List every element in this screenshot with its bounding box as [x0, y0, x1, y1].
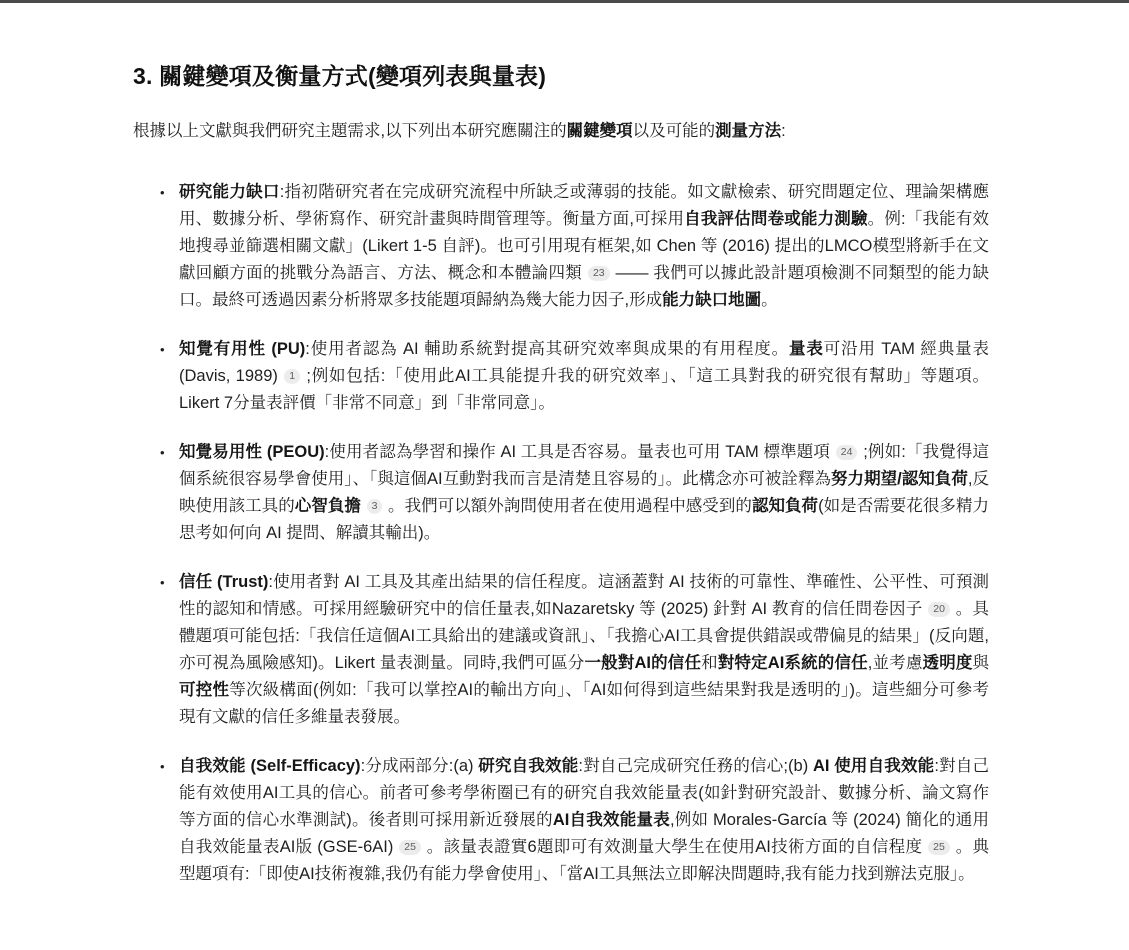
variable-item-trust: 信任 (Trust):使用者對 AI 工具及其產出結果的信任程度。這涵蓋對 AI… — [133, 569, 989, 731]
emphasis-text: AI 使用自我效能 — [813, 757, 934, 775]
emphasis-text: 認知負荷 — [752, 497, 818, 515]
citation-badge[interactable]: 24 — [836, 445, 858, 460]
body-text: 和 — [701, 654, 718, 672]
citation-badge[interactable]: 25 — [399, 840, 421, 855]
citation-badge[interactable]: 23 — [588, 266, 610, 281]
emphasis-text: 對特定AI系統的信任 — [718, 654, 868, 672]
emphasis-text: 測量方法 — [715, 122, 781, 140]
body-text: 。該量表證實6題即可有效測量大學生在使用AI技術方面的自信程度 — [422, 838, 927, 856]
emphasis-text: 研究自我效能 — [478, 757, 578, 775]
body-text: ;例如包括:「使用此AI工具能提升我的研究效率」、「這工具對我的研究很有幫助」等… — [179, 367, 989, 412]
document-content: 3. 關鍵變項及衡量方式(變項列表與量表) 根據以上文獻與我們研究主題需求,以下… — [133, 0, 989, 888]
emphasis-text: 一般對AI的信任 — [584, 654, 701, 672]
emphasis-text: 研究能力缺口 — [179, 183, 280, 201]
emphasis-text: 努力期望/認知負荷 — [831, 470, 968, 488]
emphasis-text: 知覺易用性 (PEOU) — [179, 443, 325, 461]
emphasis-text: AI自我效能量表 — [553, 811, 670, 829]
citation-badge[interactable]: 3 — [367, 499, 383, 514]
body-text: :分成兩部分:(a) — [361, 757, 479, 775]
emphasis-text: 關鍵變項 — [567, 122, 633, 140]
emphasis-text: 可控性 — [179, 681, 229, 699]
variable-item-perceived-ease-of-use: 知覺易用性 (PEOU):使用者認為學習和操作 AI 工具是否容易。量表也可用 … — [133, 439, 989, 547]
variable-list: 研究能力缺口:指初階研究者在完成研究流程中所缺乏或薄弱的技能。如文獻檢索、研究問… — [133, 179, 989, 888]
citation-badge[interactable]: 25 — [928, 840, 950, 855]
emphasis-text: 透明度 — [923, 654, 973, 672]
body-text: : — [781, 122, 786, 140]
body-text: 以及可能的 — [633, 122, 716, 140]
variable-item-research-skill-gap: 研究能力缺口:指初階研究者在完成研究流程中所缺乏或薄弱的技能。如文獻檢索、研究問… — [133, 179, 989, 314]
variable-item-self-efficacy: 自我效能 (Self-Efficacy):分成兩部分:(a) 研究自我效能:對自… — [133, 753, 989, 888]
body-text — [361, 497, 366, 515]
emphasis-text: 信任 (Trust) — [179, 573, 268, 591]
emphasis-text: 量表 — [789, 340, 824, 358]
intro-paragraph: 根據以上文獻與我們研究主題需求,以下列出本研究應關注的關鍵變項以及可能的測量方法… — [133, 118, 989, 145]
emphasis-text: 心智負擔 — [295, 497, 361, 515]
body-text: 。我們可以額外詢問使用者在使用過程中感受到的 — [383, 497, 752, 515]
emphasis-text: 知覺有用性 (PU) — [179, 340, 305, 358]
body-text: 。 — [761, 291, 778, 309]
citation-badge[interactable]: 20 — [928, 602, 950, 617]
body-text: :使用者對 AI 工具及其產出結果的信任程度。這涵蓋對 AI 技術的可靠性、準確… — [179, 573, 989, 618]
emphasis-text: 能力缺口地圖 — [662, 291, 761, 309]
body-text: :使用者認為 AI 輔助系統對提高其研究效率與成果的有用程度。 — [305, 340, 789, 358]
section-heading: 3. 關鍵變項及衡量方式(變項列表與量表) — [133, 60, 989, 92]
body-text: :使用者認為學習和操作 AI 工具是否容易。量表也可用 TAM 標準題項 — [325, 443, 835, 461]
variable-item-perceived-usefulness: 知覺有用性 (PU):使用者認為 AI 輔助系統對提高其研究效率與成果的有用程度… — [133, 336, 989, 417]
emphasis-text: 自我評估問卷或能力測驗 — [684, 210, 867, 228]
body-text: ,並考慮 — [868, 654, 923, 672]
body-text: 根據以上文獻與我們研究主題需求,以下列出本研究應關注的 — [133, 122, 567, 140]
body-text: :對自己完成研究任務的信心;(b) — [578, 757, 813, 775]
emphasis-text: 自我效能 (Self-Efficacy) — [179, 757, 361, 775]
body-text: 等次級構面(例如:「我可以掌控AI的輸出方向」、「AI如何得到這些結果對我是透明… — [179, 681, 989, 726]
body-text: 與 — [973, 654, 990, 672]
citation-badge[interactable]: 1 — [284, 369, 300, 384]
